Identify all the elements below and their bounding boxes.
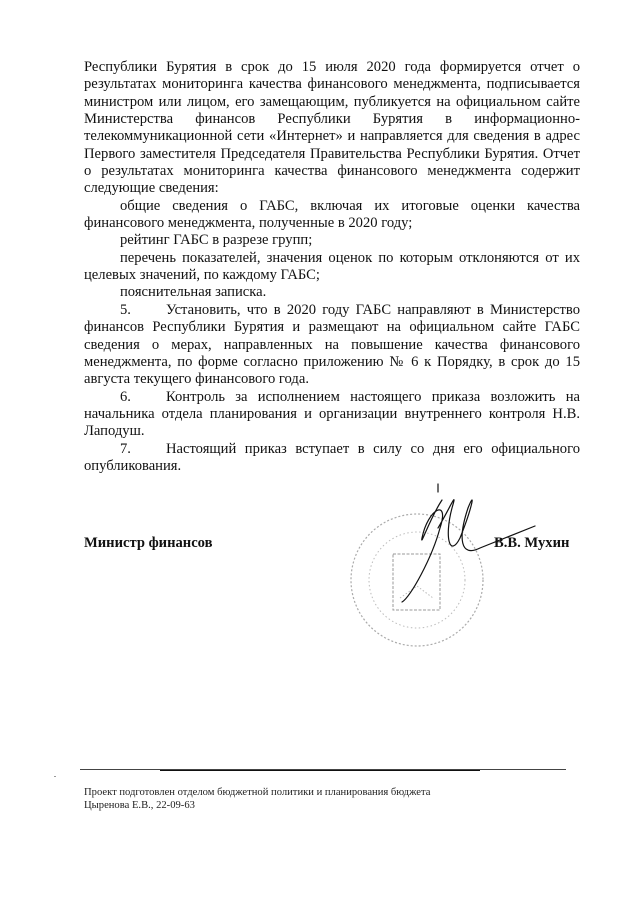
numbered-paragraph-6: 6.Контроль за исполнением настоящего при…: [84, 389, 580, 441]
paragraph-number: 7.: [120, 441, 166, 458]
signature-block: Министр финансов В.В. Мухин: [84, 535, 584, 555]
numbered-paragraph-5: 5.Установить, что в 2020 году ГАБС напра…: [84, 302, 580, 389]
footer-contact: Цыренова Е.В., 22-09-63: [84, 799, 430, 812]
signatory-title: Министр финансов: [84, 535, 213, 552]
list-item-general-info: общие сведения о ГАБС, включая их итогов…: [84, 198, 580, 233]
signatory-name: В.В. Мухин: [494, 535, 569, 552]
list-item-indicators: перечень показателей, значения оценок по…: [84, 250, 580, 285]
paragraph-number: 5.: [120, 302, 166, 319]
list-item-note: пояснительная записка.: [84, 284, 580, 301]
numbered-paragraph-7: 7.Настоящий приказ вступает в силу со дн…: [84, 441, 580, 476]
footer-prepared-by: Проект подготовлен отделом бюджетной пол…: [84, 786, 430, 799]
paragraph-continuation: Республики Бурятия в срок до 15 июля 202…: [84, 59, 580, 198]
scan-artifact: [54, 776, 56, 777]
paragraph-number: 6.: [120, 389, 166, 406]
footer-divider-dark: [160, 770, 480, 771]
document-page: Республики Бурятия в срок до 15 июля 202…: [0, 0, 640, 905]
document-body: Республики Бурятия в срок до 15 июля 202…: [84, 59, 580, 475]
footer-note: Проект подготовлен отделом бюджетной пол…: [84, 786, 430, 812]
list-item-rating: рейтинг ГАБС в разрезе групп;: [84, 232, 580, 249]
